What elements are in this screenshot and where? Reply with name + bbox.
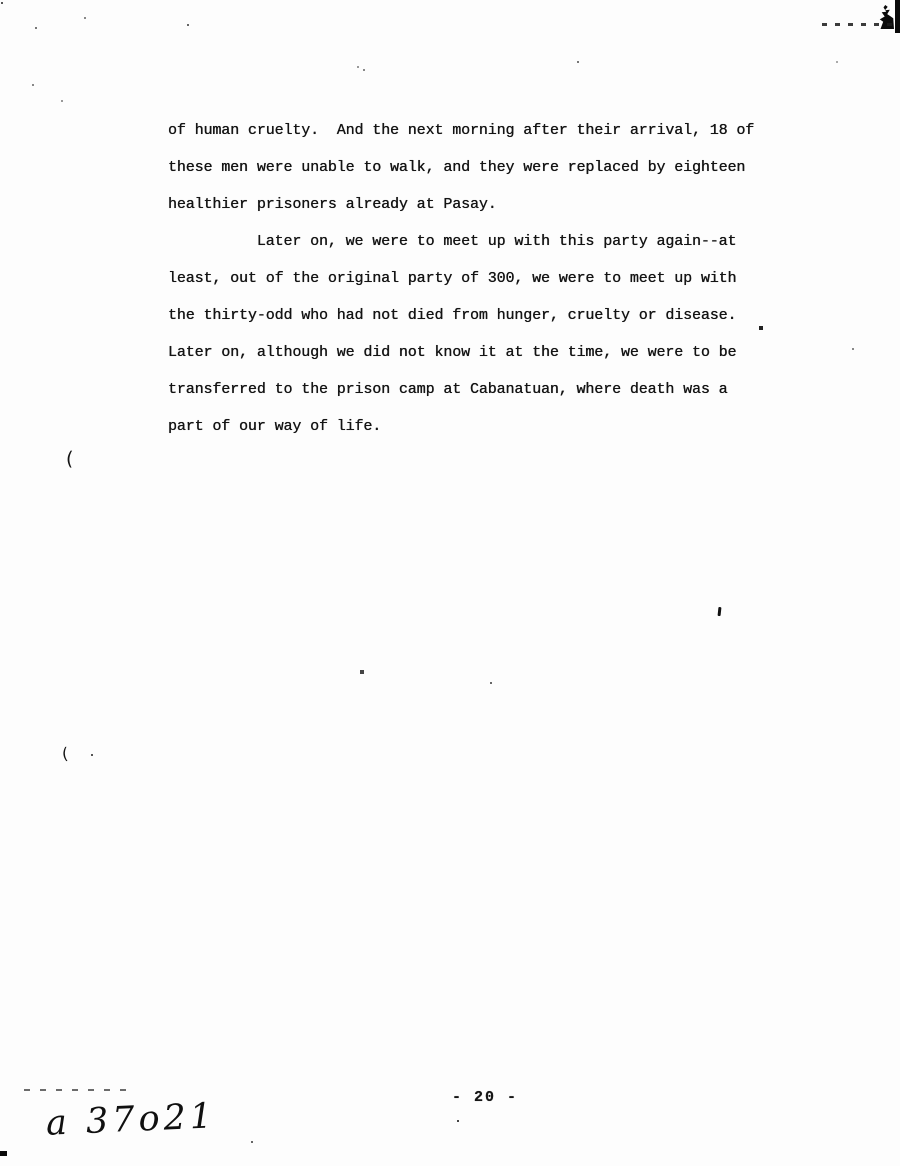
stray-tick-mark (718, 607, 721, 616)
stray-mark: ( (66, 448, 74, 470)
handwritten-archive-number: a 37o21 (45, 1096, 217, 1143)
text-line: healthier prisoners already at Pasay. (168, 186, 788, 223)
text-line: of human cruelty. And the next morning a… (168, 112, 788, 149)
text-line: Later on, although we did not know it at… (168, 334, 788, 371)
paragraph-1: of human cruelty. And the next morning a… (168, 112, 788, 223)
scan-noise-specks (0, 0, 2, 2)
page-number: - 20 - (452, 1089, 518, 1106)
scan-dotted-trail (822, 23, 892, 26)
text-line: transferred to the prison camp at Cabana… (168, 371, 788, 408)
stray-mark: ( (61, 744, 69, 763)
scan-edge-nub (0, 1151, 7, 1156)
scan-pencil-dashes (24, 1089, 129, 1091)
text-line: Later on, we were to meet up with this p… (168, 223, 788, 260)
text-line: these men were unable to walk, and they … (168, 149, 788, 186)
text-line: the thirty-odd who had not died from hun… (168, 297, 788, 334)
text-line: part of our way of life. (168, 408, 788, 445)
scanned-document-page: of human cruelty. And the next morning a… (0, 0, 900, 1166)
typewritten-text-block: of human cruelty. And the next morning a… (168, 112, 788, 445)
paragraph-2: Later on, we were to meet up with this p… (168, 223, 788, 445)
scan-edge-bar (895, 0, 900, 33)
text-line: least, out of the original party of 300,… (168, 260, 788, 297)
